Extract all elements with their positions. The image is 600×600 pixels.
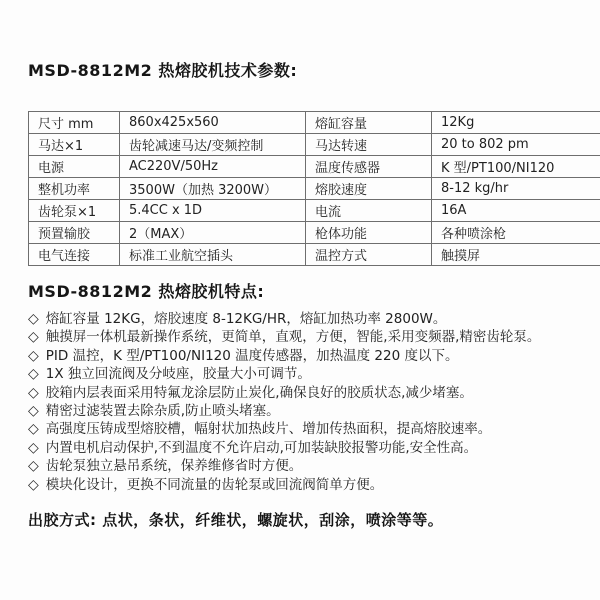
spec-value: 8-12 kg/hr <box>432 178 600 200</box>
spec-section-title: MSD-8812M2 热熔胶机技术参数: <box>28 58 570 81</box>
spec-label: 马达转速 <box>306 134 432 156</box>
diamond-bullet-icon: ◇ <box>28 365 39 383</box>
spec-label: 整机功率 <box>29 178 120 200</box>
spec-label: 熔缸容量 <box>306 112 432 134</box>
spec-value: 标准工业航空插头 <box>120 244 306 266</box>
table-row: 齿轮泵×1 5.4CC x 1D 电流 16A <box>29 200 600 222</box>
spec-label: 电气连接 <box>29 244 120 266</box>
spec-table-body: 尺寸 mm 860x425x560 熔缸容量 12Kg 马达×1 齿轮减速马达/… <box>29 112 600 266</box>
spec-value: 2（MAX） <box>120 222 306 244</box>
table-row: 尺寸 mm 860x425x560 熔缸容量 12Kg <box>29 112 600 134</box>
table-row: 电气连接 标准工业航空插头 温控方式 触摸屏 <box>29 244 600 266</box>
feature-text: 齿轮泵独立悬吊系统，保养维修省时方便。 <box>46 458 303 474</box>
spec-value: AC220V/50Hz <box>120 156 306 178</box>
feature-item: ◇熔缸容量 12KG，熔胶速度 8-12KG/HR，熔缸加热功率 2800W。 <box>28 310 552 328</box>
diamond-bullet-icon: ◇ <box>28 402 39 420</box>
spec-value: 860x425x560 <box>120 112 306 134</box>
diamond-bullet-icon: ◇ <box>28 439 39 457</box>
feature-item: ◇模块化设计，更换不同流量的齿轮泵或回流阀简单方便。 <box>28 476 552 494</box>
spec-value: 16A <box>432 200 600 222</box>
feature-text: 触摸屏一体机最新操作系统，更简单，直观，方便，智能,采用变频器,精密齿轮泵。 <box>46 329 541 345</box>
diamond-bullet-icon: ◇ <box>28 457 39 475</box>
spec-label: 马达×1 <box>29 134 120 156</box>
feature-text: 精密过滤装置去除杂质,防止喷头堵塞。 <box>46 403 280 419</box>
diamond-bullet-icon: ◇ <box>28 420 39 438</box>
spec-value: 齿轮减速马达/变频控制 <box>120 134 306 156</box>
spec-label: 齿轮泵×1 <box>29 200 120 222</box>
table-row: 整机功率 3500W（加热 3200W） 熔胶速度 8-12 kg/hr <box>29 178 600 200</box>
feature-item: ◇高强度压铸成型熔胶槽，幅射状加热歧片、增加传热面积，提高熔胶速率。 <box>28 420 552 438</box>
feature-item: ◇内置电机启动保护,不到温度不允许启动,可加装缺胶报警功能,安全性高。 <box>28 439 552 457</box>
table-row: 预置输胶 2（MAX） 枪体功能 各种喷涂枪 <box>29 222 600 244</box>
spec-value: 各种喷涂枪 <box>432 222 600 244</box>
feature-item: ◇1X 独立回流阀及分岐座，胶量大小可调节。 <box>28 365 552 383</box>
feature-text: 高强度压铸成型熔胶槽，幅射状加热歧片、增加传热面积，提高熔胶速率。 <box>46 421 492 437</box>
features-list: ◇熔缸容量 12KG，熔胶速度 8-12KG/HR，熔缸加热功率 2800W。 … <box>28 310 552 494</box>
feature-text: 内置电机启动保护,不到温度不允许启动,可加装缺胶报警功能,安全性高。 <box>46 440 477 456</box>
spec-table: 尺寸 mm 860x425x560 熔缸容量 12Kg 马达×1 齿轮减速马达/… <box>28 111 600 266</box>
feature-text: PID 温控，K 型/PT100/NI120 温度传感器，加热温度 220 度以… <box>46 348 459 364</box>
spec-value: K 型/PT100/NI120 <box>432 156 600 178</box>
spec-label: 预置输胶 <box>29 222 120 244</box>
diamond-bullet-icon: ◇ <box>28 310 39 328</box>
spec-label: 温控方式 <box>306 244 432 266</box>
feature-item: ◇胶箱内层表面采用特氟龙涂层防止炭化,确保良好的胶质状态,减少堵塞。 <box>28 384 552 402</box>
spec-value: 12Kg <box>432 112 600 134</box>
diamond-bullet-icon: ◇ <box>28 476 39 494</box>
spec-value: 5.4CC x 1D <box>120 200 306 222</box>
dispensing-methods-line: 出胶方式: 点状，条状，纤维状，螺旋状，刮涂，喷涂等等。 <box>28 509 570 530</box>
spec-label: 枪体功能 <box>306 222 432 244</box>
feature-item: ◇触摸屏一体机最新操作系统，更简单，直观，方便，智能,采用变频器,精密齿轮泵。 <box>28 328 552 346</box>
feature-text: 胶箱内层表面采用特氟龙涂层防止炭化,确保良好的胶质状态,减少堵塞。 <box>46 385 473 401</box>
document-page: MSD-8812M2 热熔胶机技术参数: 尺寸 mm 860x425x560 熔… <box>0 0 600 600</box>
spec-value: 20 to 802 pm <box>432 134 600 156</box>
feature-item: ◇齿轮泵独立悬吊系统，保养维修省时方便。 <box>28 457 552 475</box>
table-row: 马达×1 齿轮减速马达/变频控制 马达转速 20 to 802 pm <box>29 134 600 156</box>
feature-item: ◇PID 温控，K 型/PT100/NI120 温度传感器，加热温度 220 度… <box>28 347 552 365</box>
spec-value: 3500W（加热 3200W） <box>120 178 306 200</box>
feature-text: 1X 独立回流阀及分岐座，胶量大小可调节。 <box>46 366 311 382</box>
diamond-bullet-icon: ◇ <box>28 347 39 365</box>
spec-label: 温度传感器 <box>306 156 432 178</box>
diamond-bullet-icon: ◇ <box>28 328 39 346</box>
spec-value: 触摸屏 <box>432 244 600 266</box>
spec-label: 电源 <box>29 156 120 178</box>
table-row: 电源 AC220V/50Hz 温度传感器 K 型/PT100/NI120 <box>29 156 600 178</box>
diamond-bullet-icon: ◇ <box>28 384 39 402</box>
spec-label: 电流 <box>306 200 432 222</box>
spec-label: 尺寸 mm <box>29 112 120 134</box>
spec-label: 熔胶速度 <box>306 178 432 200</box>
feature-text: 模块化设计，更换不同流量的齿轮泵或回流阀简单方便。 <box>46 477 384 493</box>
feature-text: 熔缸容量 12KG，熔胶速度 8-12KG/HR，熔缸加热功率 2800W。 <box>46 311 447 327</box>
features-section-title: MSD-8812M2 热熔胶机特点: <box>28 279 570 302</box>
feature-item: ◇精密过滤装置去除杂质,防止喷头堵塞。 <box>28 402 552 420</box>
